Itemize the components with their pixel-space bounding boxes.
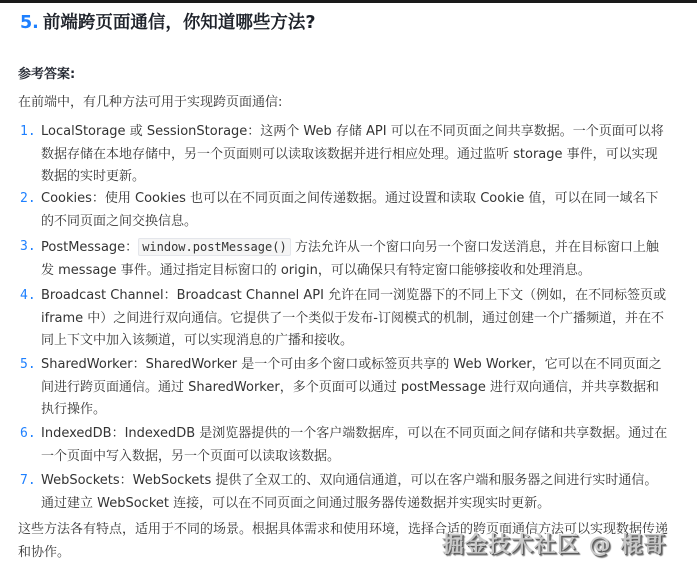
inline-code: window.postMessage() xyxy=(138,238,291,256)
list-item-text: PostMessage：window.postMessage() 方法允许从一个… xyxy=(41,236,670,282)
list-index: 2. xyxy=(20,188,40,211)
list-index: 4. xyxy=(20,285,40,308)
list-item-text: IndexedDB：IndexedDB 是浏览器提供的一个客户端数据库，可以在不… xyxy=(41,423,670,468)
list-item-text: SharedWorker：SharedWorker 是一个可由多个窗口或标签页共… xyxy=(41,354,670,422)
question-number: 5. xyxy=(20,13,39,33)
list-index: 5. xyxy=(20,354,40,377)
list-item-websockets: 7. WebSockets：WebSockets 提供了全双工的、双向通信通道，… xyxy=(20,470,670,515)
question-heading: 5.前端跨页面通信，你知道哪些方法? xyxy=(20,10,315,36)
watermark: 掘金技术社区 @ 棍哥 xyxy=(442,528,666,559)
list-item-sharedworker: 5. SharedWorker：SharedWorker 是一个可由多个窗口或标… xyxy=(20,354,670,422)
list-item-cookies: 2. Cookies：使用 Cookies 也可以在不同页面之间传递数据。通过设… xyxy=(20,188,670,233)
list-item-localstorage: 1. LocalStorage 或 SessionStorage：这两个 Web… xyxy=(20,121,670,189)
list-item-broadcast-channel: 4. Broadcast Channel：Broadcast Channel A… xyxy=(20,285,670,353)
list-item-indexeddb: 6. IndexedDB：IndexedDB 是浏览器提供的一个客户端数据库，可… xyxy=(20,423,670,468)
list-index: 1. xyxy=(20,121,40,144)
list-index: 3. xyxy=(20,236,40,259)
list-item-text: LocalStorage 或 SessionStorage：这两个 Web 存储… xyxy=(41,121,670,189)
list-item-text: WebSockets：WebSockets 提供了全双工的、双向通信通道，可以在… xyxy=(41,470,670,515)
answer-label: 参考答案: xyxy=(18,65,75,85)
list-item-text: Cookies：使用 Cookies 也可以在不同页面之间传递数据。通过设置和读… xyxy=(41,188,670,233)
list-item-text: Broadcast Channel：Broadcast Channel API … xyxy=(41,285,670,353)
list-item-postmessage: 3. PostMessage：window.postMessage() 方法允许… xyxy=(20,236,670,282)
top-border xyxy=(0,0,697,3)
list-index: 7. xyxy=(20,470,40,493)
list-index: 6. xyxy=(20,423,40,446)
intro-paragraph: 在前端中，有几种方法可用于实现跨页面通信: xyxy=(18,93,282,113)
method-name: PostMessage： xyxy=(41,240,138,255)
question-title: 前端跨页面通信，你知道哪些方法? xyxy=(43,13,316,33)
